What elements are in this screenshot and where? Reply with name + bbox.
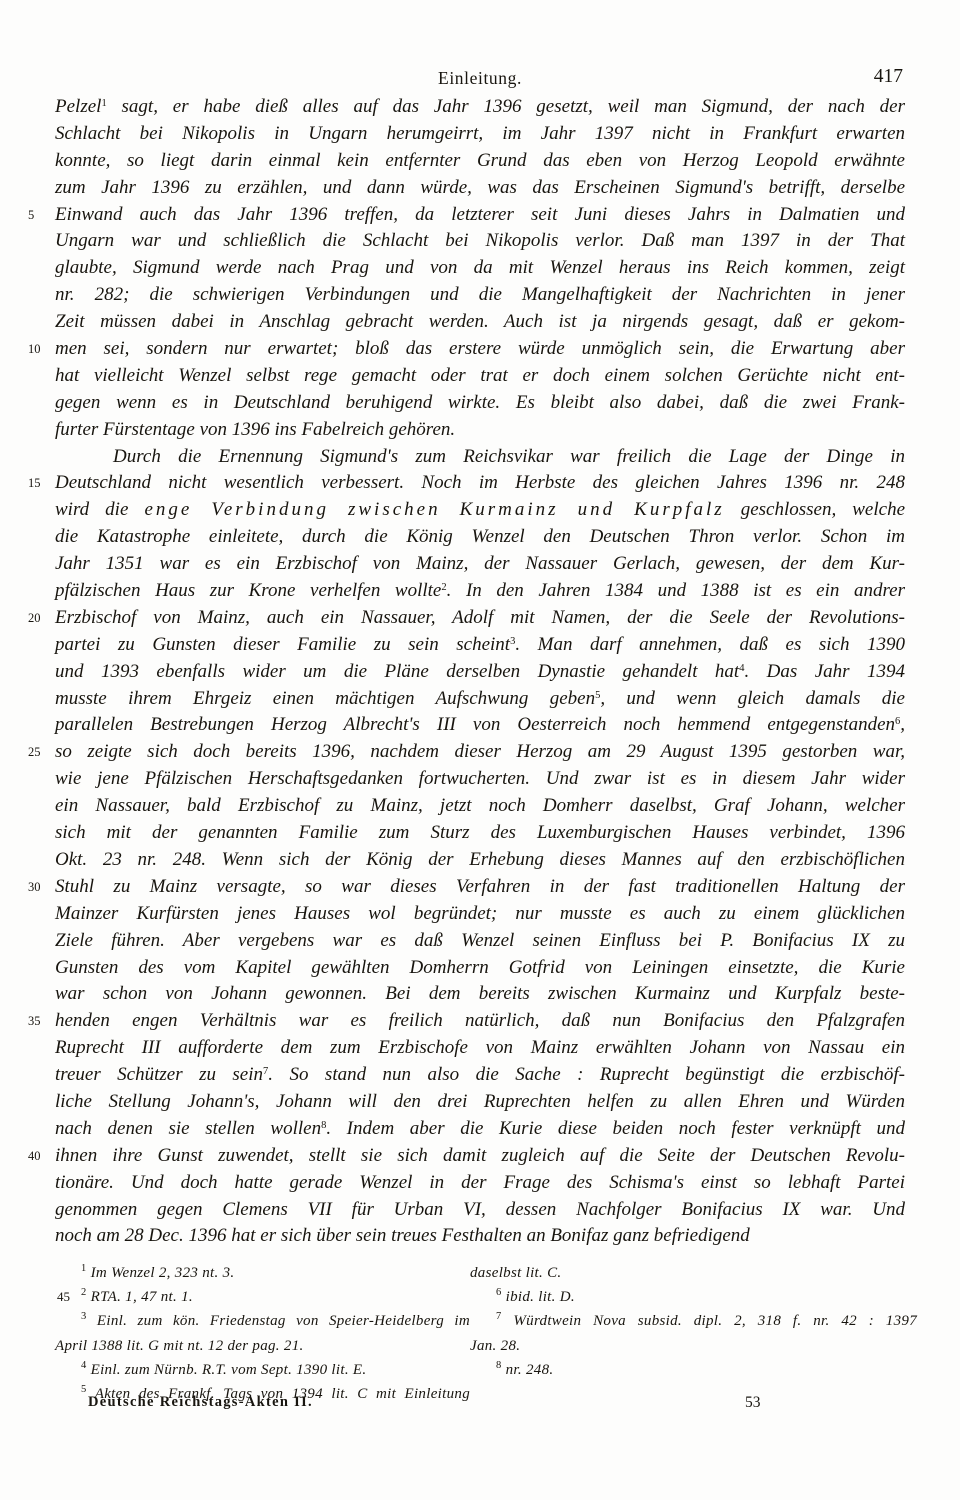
footnote-reference: 4 — [739, 663, 744, 674]
footnote-line: 7 Würdtwein Nova subsid. dipl. 2, 318 f.… — [470, 1309, 917, 1333]
running-head: Einleitung. 417 — [55, 68, 905, 94]
text-line: Jahr 1351 war es ein Erzbischof von Main… — [55, 551, 905, 578]
footnotes-left-column: 1 Im Wenzel 2, 323 nt. 3.452 RTA. 1, 47 … — [55, 1261, 470, 1406]
text-line: 20Erzbischof von Mainz, auch ein Nassaue… — [55, 605, 905, 632]
footnote-reference: 3 — [81, 1311, 87, 1322]
text-line: war schon von Johann gewonnen. Bei dem b… — [55, 981, 905, 1008]
text-line: 5Einwand auch das Jahr 1396 treffen, da … — [55, 202, 905, 229]
text-line: Okt. 23 nr. 248. Wenn sich der König der… — [55, 847, 905, 874]
text-line: und 1393 ebenfalls wider um die Pläne de… — [55, 659, 905, 686]
text-line: sich mit der genannten Familie zum Sturz… — [55, 820, 905, 847]
footnote-line: 3 Einl. zum kön. Friedenstag von Speier-… — [55, 1309, 470, 1333]
text-line: wie jene Pfälzischen Herschaftsgedanken … — [55, 766, 905, 793]
text-line: Pelzel1 sagt, er habe dieß alles auf das… — [55, 94, 905, 121]
footnote-reference: 4 — [81, 1360, 87, 1371]
margin-line-number: 5 — [28, 202, 52, 229]
text-line: 25so zeigte sich doch bereits 1396, nach… — [55, 739, 905, 766]
text-line: hat vielleicht Wenzel selbst rege gemach… — [55, 363, 905, 390]
margin-line-number: 40 — [28, 1143, 52, 1170]
main-text-block: Pelzel1 sagt, er habe dieß alles auf das… — [55, 94, 905, 1250]
text-line: Zeit müssen dabei in Anschlag gebracht w… — [55, 309, 905, 336]
footnote-reference: 8 — [496, 1360, 502, 1371]
text-line: noch am 28 Dec. 1396 hat er sich über se… — [55, 1223, 905, 1250]
text-line: 15Deutschland nicht wesentlich verbesser… — [55, 470, 905, 497]
footnote-columns: 1 Im Wenzel 2, 323 nt. 3.452 RTA. 1, 47 … — [55, 1261, 917, 1406]
footnote-reference: 7 — [263, 1066, 268, 1077]
text-line: wird die enge Verbindung zwischen Kurmai… — [55, 497, 905, 524]
page-number: 417 — [874, 66, 903, 88]
text-line: partei zu Gunsten dieser Familie zu sein… — [55, 632, 905, 659]
footnote-line: 4 Einl. zum Nürnb. R.T. vom Sept. 1390 l… — [55, 1358, 470, 1382]
text-line: konnte, so liegt darin einmal kein entfe… — [55, 148, 905, 175]
footnote-reference: 5 — [595, 690, 600, 701]
footnote-reference: 3 — [510, 636, 515, 647]
text-line: pfälzischen Haus zur Krone verhelfen wol… — [55, 578, 905, 605]
text-line: zum Jahr 1396 zu erzählen, und dann würd… — [55, 175, 905, 202]
text-line: Mainzer Kurfürsten jenes Hauses wol begr… — [55, 901, 905, 928]
text-line: nach denen sie stellen wollen8. Indem ab… — [55, 1116, 905, 1143]
text-line: die Katastrophe einleitete, durch die Kö… — [55, 524, 905, 551]
margin-line-number: 35 — [28, 1008, 52, 1035]
text-line: 40ihnen ihre Gunst zuwendet, stellt sie … — [55, 1143, 905, 1170]
footnote-reference: 1 — [81, 1263, 87, 1274]
footnote-reference: 2 — [441, 582, 446, 593]
text-line: liche Stellung Johann's, Johann will den… — [55, 1089, 905, 1116]
margin-line-number: 45 — [31, 1285, 70, 1309]
text-line: tionäre. Und doch hatte gerade Wenzel in… — [55, 1170, 905, 1197]
text-line: Schlacht bei Nikopolis in Ungarn herumge… — [55, 121, 905, 148]
margin-line-number: 15 — [28, 470, 52, 497]
footnote-line: 8 nr. 248. — [470, 1358, 917, 1382]
text-line: treuer Schützer zu sein7. So stand nun a… — [55, 1062, 905, 1089]
text-line: Gunsten des vom Kapitel gewählten Domher… — [55, 955, 905, 982]
page-footer: Deutsche Reichstags-Akten II. 53 — [0, 1394, 960, 1416]
margin-line-number: 20 — [28, 605, 52, 632]
footnotes-section: 1 Im Wenzel 2, 323 nt. 3.452 RTA. 1, 47 … — [55, 1261, 917, 1406]
text-line: Ungarn war und schließlich die Schlacht … — [55, 228, 905, 255]
sheet-number: 53 — [745, 1394, 761, 1412]
volume-title: Deutsche Reichstags-Akten II. — [88, 1394, 313, 1411]
footnote-reference: 6 — [895, 716, 900, 727]
margin-line-number: 30 — [28, 874, 52, 901]
chapter-title: Einleitung. — [55, 68, 905, 89]
emphasized-spaced-text: enge Verbindung zwischen Kurmainz und Ku… — [144, 499, 724, 520]
text-line: nr. 282; die schwierigen Verbindungen un… — [55, 282, 905, 309]
text-line: ein Nassauer, bald Erzbischof zu Mainz, … — [55, 793, 905, 820]
margin-line-number: 10 — [28, 336, 52, 363]
text-line: genommen gegen Clemens VII für Urban VI,… — [55, 1197, 905, 1224]
footnote-reference: 8 — [321, 1120, 326, 1131]
footnote-line: daselbst lit. C. — [470, 1261, 917, 1285]
book-page: Einleitung. 417 Pelzel1 sagt, er habe di… — [0, 0, 960, 1500]
footnote-reference: 1 — [101, 98, 106, 109]
text-line: Durch die Ernennung Sigmund's zum Reichs… — [55, 444, 905, 471]
margin-line-number: 25 — [28, 739, 52, 766]
text-line: 30Stuhl zu Mainz versagte, so war dieses… — [55, 874, 905, 901]
footnote-reference: 6 — [496, 1287, 502, 1298]
footnote-line: Jan. 28. — [470, 1334, 917, 1358]
text-line: furter Fürstentage von 1396 ins Fabelrei… — [55, 417, 905, 444]
footnote-reference: 2 — [81, 1287, 87, 1298]
text-line: Ruprecht III aufforderte dem zum Erzbisc… — [55, 1035, 905, 1062]
text-line: gegen wenn es in Deutschland beruhigend … — [55, 390, 905, 417]
footnote-line: 452 RTA. 1, 47 nt. 1. — [55, 1285, 470, 1309]
text-line: 10men sei, sondern nur erwartet; bloß da… — [55, 336, 905, 363]
text-line: Ziele führen. Aber vergebens war es daß … — [55, 928, 905, 955]
footnote-line: April 1388 lit. G mit nt. 12 der pag. 21… — [55, 1334, 470, 1358]
footnotes-right-column: daselbst lit. C.6 ibid. lit. D.7 Würdtwe… — [470, 1261, 917, 1406]
text-line: parallelen Bestrebungen Herzog Albrecht'… — [55, 712, 905, 739]
text-line: musste ihrem Ehrgeiz einen mächtigen Auf… — [55, 686, 905, 713]
footnote-reference: 7 — [496, 1311, 502, 1322]
text-line: glaubte, Sigmund werde nach Prag und von… — [55, 255, 905, 282]
footnote-line: 6 ibid. lit. D. — [470, 1285, 917, 1309]
text-line: 35henden engen Verhältnis war es freilic… — [55, 1008, 905, 1035]
footnote-line: 1 Im Wenzel 2, 323 nt. 3. — [55, 1261, 470, 1285]
